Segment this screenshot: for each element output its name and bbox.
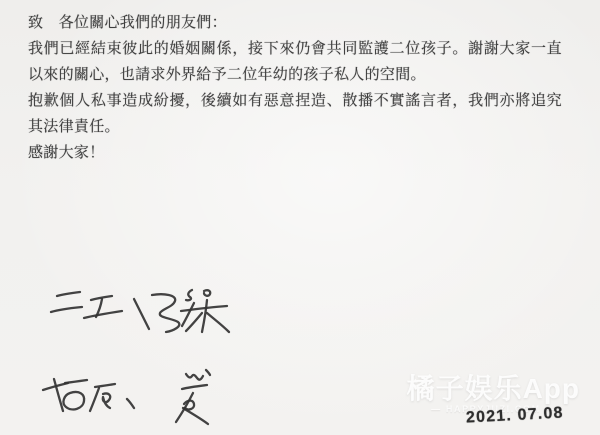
signature-jiang-hung-chieh [44,287,234,347]
date-stamp: 2021. 07.08 [466,404,565,427]
signature-jiang-hung-chieh-handwriting [44,287,234,347]
letter-body: 致 各位關心我們的朋友們： 我們已經結束彼此的婚姻關係，接下來仍會共同監護二位孩… [28,10,562,166]
paragraph-legal-warning: 抱歉個人私事造成紛擾，後續如有惡意捏造、散播不實謠言者，我們亦將追究其法律責任。 [28,88,562,140]
signature-fukuhara-ai-handwriting [40,366,235,435]
letter-document: 致 各位關心我們的朋友們： 我們已經結束彼此的婚姻關係，接下來仍會共同監護二位孩… [0,0,600,435]
watermark-app-name: 橘子娱乐App [407,374,580,404]
paragraph-thanks: 感謝大家！ [28,140,562,166]
salutation: 致 各位關心我們的朋友們： [28,10,562,36]
signature-fukuhara-ai [40,366,235,435]
paragraph-divorce-announcement: 我們已經結束彼此的婚姻關係，接下來仍會共同監護二位孩子。謝謝大家一直以來的關心，… [28,36,562,88]
